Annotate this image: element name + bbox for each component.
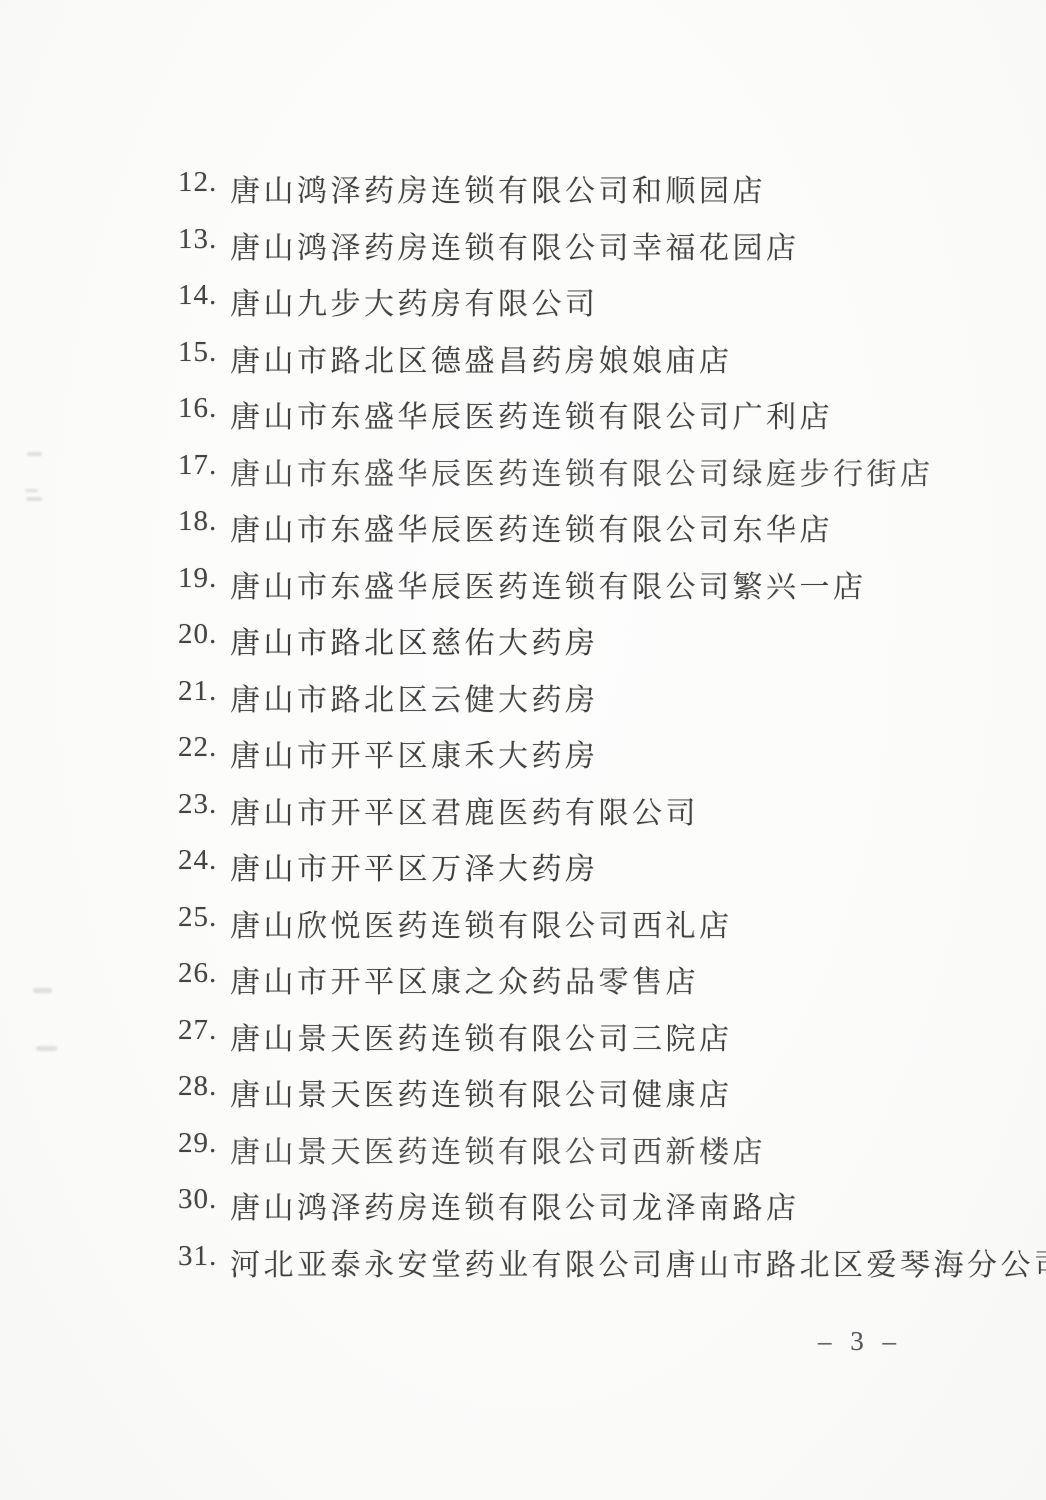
item-number: 24. <box>178 844 222 877</box>
item-name: 河北亚泰永安堂药业有限公司唐山市路北区爱琴海分公司 <box>230 1240 1046 1284</box>
list-item: 13. 唐山鸿泽药房连锁有限公司幸福花园店 <box>178 223 986 280</box>
list-item: 28. 唐山景天医药连锁有限公司健康店 <box>178 1070 986 1127</box>
item-number: 16. <box>178 392 222 425</box>
scan-artifact-mark <box>33 988 52 993</box>
item-name: 唐山景天医药连锁有限公司西新楼店 <box>230 1127 766 1171</box>
item-name: 唐山市路北区慈佑大药房 <box>230 618 599 662</box>
item-name: 唐山市东盛华辰医药连锁有限公司绿庭步行街店 <box>230 449 934 493</box>
item-number: 31. <box>178 1240 222 1273</box>
item-number: 23. <box>178 788 222 821</box>
pharmacy-list: 12. 唐山鸿泽药房连锁有限公司和顺园店 13. 唐山鸿泽药房连锁有限公司幸福花… <box>178 166 986 1296</box>
list-item: 17. 唐山市东盛华辰医药连锁有限公司绿庭步行街店 <box>178 449 986 506</box>
item-number: 28. <box>178 1070 222 1103</box>
item-number: 15. <box>178 336 222 369</box>
list-item: 30. 唐山鸿泽药房连锁有限公司龙泽南路店 <box>178 1183 986 1240</box>
list-item: 18. 唐山市东盛华辰医药连锁有限公司东华店 <box>178 505 986 562</box>
list-item: 14. 唐山九步大药房有限公司 <box>178 279 986 336</box>
list-item: 16. 唐山市东盛华辰医药连锁有限公司广利店 <box>178 392 986 449</box>
item-name: 唐山鸿泽药房连锁有限公司和顺园店 <box>230 166 766 210</box>
list-item: 21. 唐山市路北区云健大药房 <box>178 675 986 732</box>
item-number: 25. <box>178 901 222 934</box>
item-number: 12. <box>178 166 222 199</box>
scan-artifact-mark <box>25 489 38 492</box>
list-item: 26. 唐山市开平区康之众药品零售店 <box>178 957 986 1014</box>
list-item: 20. 唐山市路北区慈佑大药房 <box>178 618 986 675</box>
item-number: 30. <box>178 1183 222 1216</box>
item-name: 唐山市东盛华辰医药连锁有限公司广利店 <box>230 392 833 436</box>
item-number: 14. <box>178 279 222 312</box>
list-item: 27. 唐山景天医药连锁有限公司三院店 <box>178 1014 986 1071</box>
item-name: 唐山市开平区康之众药品零售店 <box>230 957 699 1001</box>
item-number: 21. <box>178 675 222 708</box>
item-number: 13. <box>178 223 222 256</box>
item-name: 唐山九步大药房有限公司 <box>230 279 599 323</box>
item-name: 唐山景天医药连锁有限公司健康店 <box>230 1070 733 1114</box>
list-item: 15. 唐山市路北区德盛昌药房娘娘庙店 <box>178 336 986 393</box>
item-number: 20. <box>178 618 222 651</box>
item-name: 唐山市开平区万泽大药房 <box>230 844 599 888</box>
scan-artifact-mark <box>36 1046 57 1051</box>
item-number: 27. <box>178 1014 222 1047</box>
list-item: 22. 唐山市开平区康禾大药房 <box>178 731 986 788</box>
item-name: 唐山鸿泽药房连锁有限公司龙泽南路店 <box>230 1183 800 1227</box>
item-number: 29. <box>178 1127 222 1160</box>
list-item: 31. 河北亚泰永安堂药业有限公司唐山市路北区爱琴海分公司 <box>178 1240 986 1297</box>
item-name: 唐山市东盛华辰医药连锁有限公司东华店 <box>230 505 833 549</box>
list-item: 23. 唐山市开平区君鹿医药有限公司 <box>178 788 986 845</box>
list-item: 12. 唐山鸿泽药房连锁有限公司和顺园店 <box>178 166 986 223</box>
scan-artifact-mark <box>26 497 42 501</box>
item-name: 唐山市东盛华辰医药连锁有限公司繁兴一店 <box>230 562 867 606</box>
item-name: 唐山欣悦医药连锁有限公司西礼店 <box>230 901 733 945</box>
item-name: 唐山鸿泽药房连锁有限公司幸福花园店 <box>230 223 800 267</box>
item-number: 17. <box>178 449 222 482</box>
item-number: 22. <box>178 731 222 764</box>
item-name: 唐山市路北区德盛昌药房娘娘庙店 <box>230 336 733 380</box>
item-number: 19. <box>178 562 222 595</box>
item-number: 26. <box>178 957 222 990</box>
list-item: 29. 唐山景天医药连锁有限公司西新楼店 <box>178 1127 986 1184</box>
list-item: 24. 唐山市开平区万泽大药房 <box>178 844 986 901</box>
scan-artifact-mark <box>27 452 42 456</box>
scanned-document-page: 12. 唐山鸿泽药房连锁有限公司和顺园店 13. 唐山鸿泽药房连锁有限公司幸福花… <box>0 0 1046 1500</box>
item-name: 唐山景天医药连锁有限公司三院店 <box>230 1014 733 1058</box>
list-item: 19. 唐山市东盛华辰医药连锁有限公司繁兴一店 <box>178 562 986 619</box>
list-item: 25. 唐山欣悦医药连锁有限公司西礼店 <box>178 901 986 958</box>
item-name: 唐山市开平区君鹿医药有限公司 <box>230 788 699 832</box>
page-number: – 3 – <box>818 1326 902 1357</box>
item-number: 18. <box>178 505 222 538</box>
item-name: 唐山市路北区云健大药房 <box>230 675 599 719</box>
item-name: 唐山市开平区康禾大药房 <box>230 731 599 775</box>
